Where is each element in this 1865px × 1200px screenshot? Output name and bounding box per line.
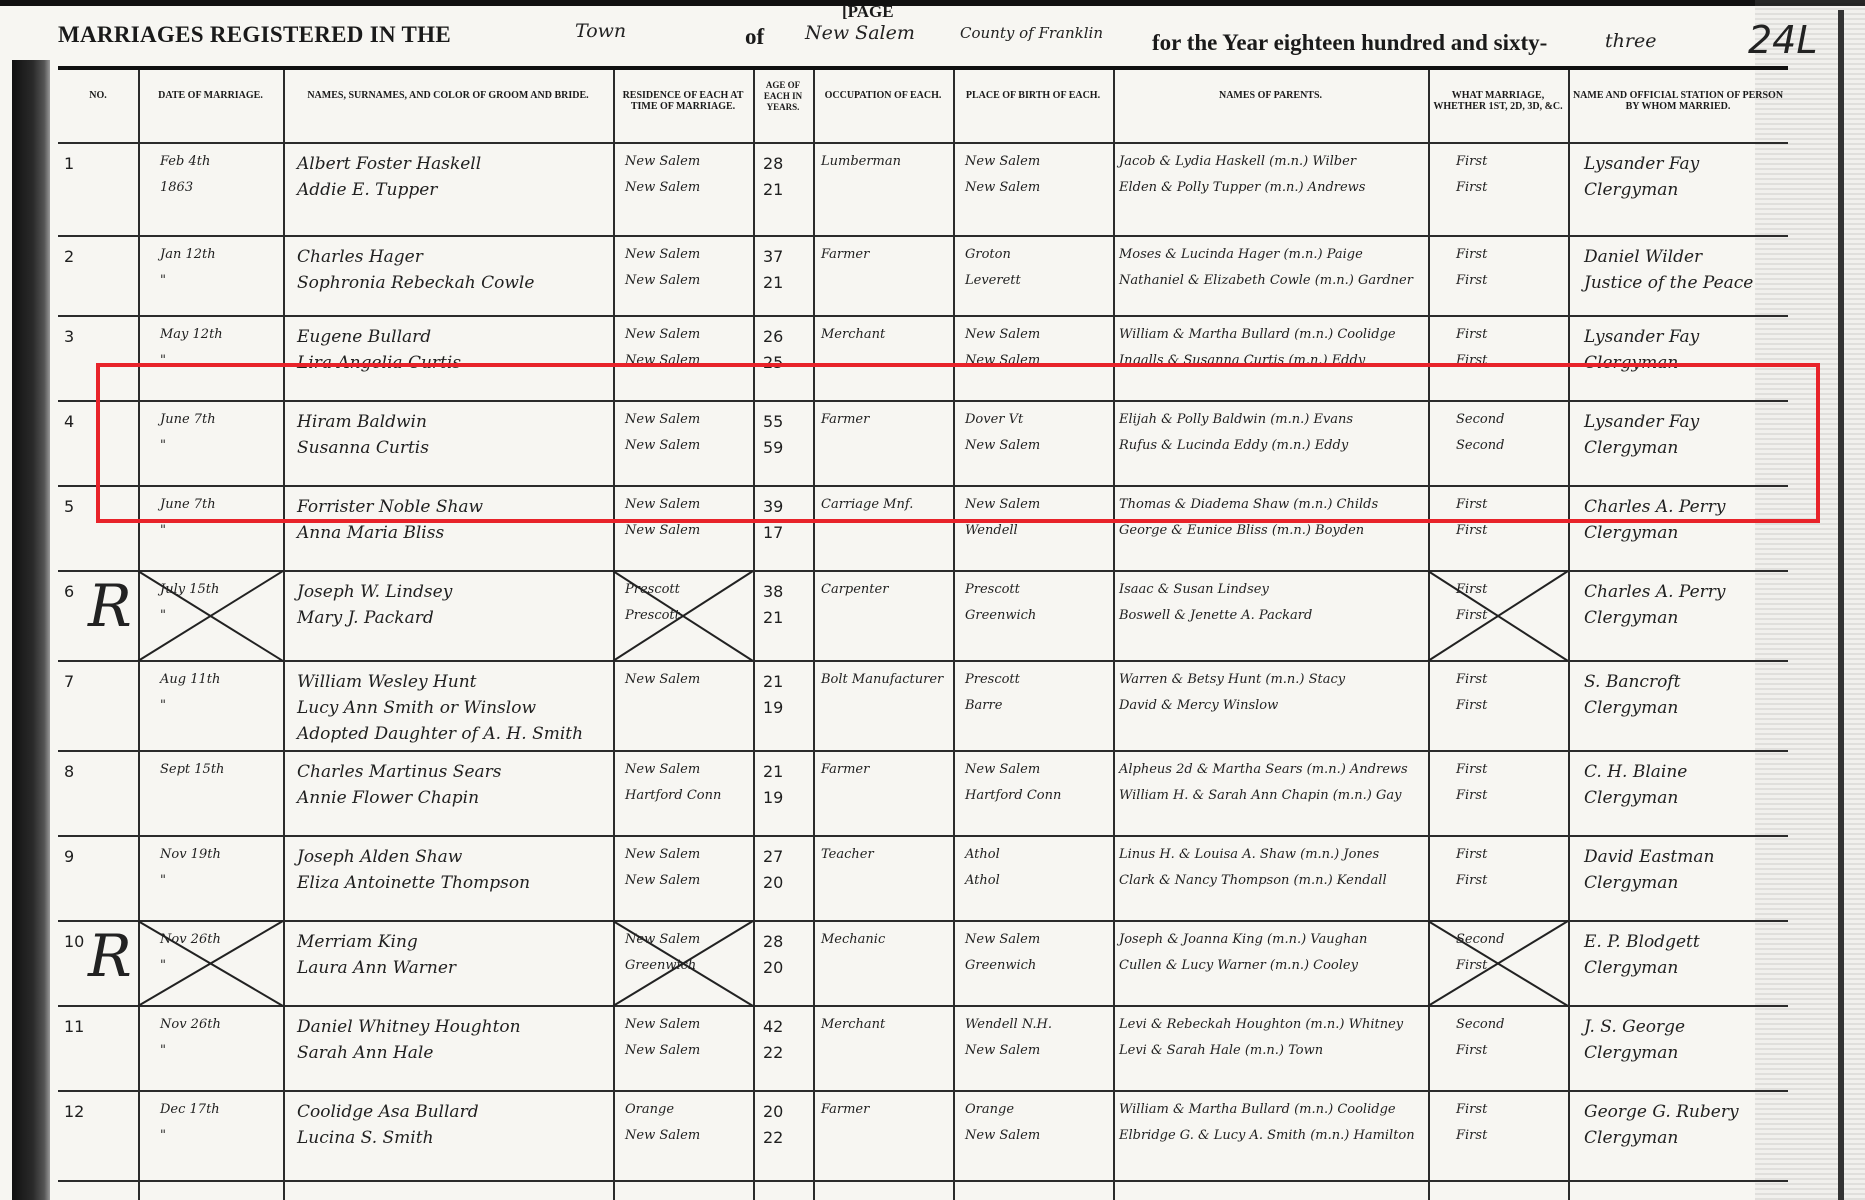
entry-names: Lucina S. Smith <box>297 1128 434 1148</box>
column-header: OCCUPATION OF EACH. <box>813 90 953 101</box>
entry-names: Albert Foster Haskell <box>297 154 481 174</box>
entry-officiant: Clergyman <box>1584 788 1678 808</box>
town-type: Town <box>575 20 626 42</box>
row-divider <box>58 1005 1788 1007</box>
entry-birthplace: Greenwich <box>965 958 1036 973</box>
entry-residence: Hartford Conn <box>625 788 721 803</box>
entry-ages: 22 <box>763 1043 783 1062</box>
entry-occupation: Lumberman <box>821 154 901 169</box>
entry-names: Anna Maria Bliss <box>297 523 444 543</box>
entry-birthplace: Leverett <box>965 273 1021 288</box>
entry-ages: 22 <box>763 1128 783 1147</box>
entry-number: 9 <box>64 847 74 866</box>
row-divider <box>58 750 1788 752</box>
column-divider <box>283 70 285 1200</box>
entry-parents: Isaac & Susan Lindsey <box>1119 582 1269 597</box>
page-number: 24L <box>1748 18 1818 62</box>
column-header: PLACE OF BIRTH OF EACH. <box>953 90 1113 101</box>
entry-residence: New Salem <box>625 873 700 888</box>
entry-officiant: E. P. Blodgett <box>1584 932 1700 952</box>
entry-number: 3 <box>64 327 74 346</box>
entry-ages: 17 <box>763 523 783 542</box>
column-header: NAMES OF PARENTS. <box>1113 90 1428 101</box>
entry-residence: New Salem <box>625 762 700 777</box>
entry-officiant: C. H. Blaine <box>1584 762 1687 782</box>
entry-residence: New Salem <box>625 180 700 195</box>
entry-parents: Warren & Betsy Hunt (m.n.) Stacy <box>1119 672 1345 687</box>
marriage-register-table: NO.DATE OF MARRIAGE.NAMES, SURNAMES, AND… <box>58 70 1788 1200</box>
entry-parents: Cullen & Lucy Warner (m.n.) Cooley <box>1119 958 1358 973</box>
column-header: NAMES, SURNAMES, AND COLOR OF GROOM AND … <box>283 90 613 101</box>
town-name: New Salem <box>805 22 915 44</box>
entry-names: William Wesley Hunt <box>297 672 477 692</box>
entry-residence: New Salem <box>625 1043 700 1058</box>
entry-names: Mary J. Packard <box>297 608 434 628</box>
entry-marriage: First <box>1456 154 1487 169</box>
entry-occupation: Merchant <box>821 1017 885 1032</box>
entry-residence: New Salem <box>625 247 700 262</box>
entry-occupation: Farmer <box>821 762 869 777</box>
entry-date: " <box>160 958 166 973</box>
entry-marriage: First <box>1456 1102 1487 1117</box>
entry-number: 7 <box>64 672 74 691</box>
entry-residence: Orange <box>625 1102 674 1117</box>
entry-parents: Moses & Lucinda Hager (m.n.) Paige <box>1119 247 1363 262</box>
entry-marriage: First <box>1456 327 1487 342</box>
entry-residence: New Salem <box>625 1128 700 1143</box>
entry-marriage: First <box>1456 582 1487 597</box>
entry-date: Feb 4th <box>160 154 210 169</box>
entry-parents: William & Martha Bullard (m.n.) Coolidge <box>1119 1102 1396 1117</box>
entry-marriage: Second <box>1456 1017 1504 1032</box>
entry-parents: William H. & Sarah Ann Chapin (m.n.) Gay <box>1119 788 1401 803</box>
column-divider <box>1113 70 1115 1200</box>
entry-ages: 19 <box>763 698 783 717</box>
entry-birthplace: Athol <box>965 847 1000 862</box>
entry-birthplace: Wendell N.H. <box>965 1017 1052 1032</box>
entry-names: Eugene Bullard <box>297 327 431 347</box>
entry-birthplace: Hartford Conn <box>965 788 1061 803</box>
entry-ages: 20 <box>763 1102 783 1121</box>
entry-date: Nov 19th <box>160 847 221 862</box>
entry-marriage: First <box>1456 672 1487 687</box>
entry-marriage: Second <box>1456 932 1504 947</box>
entry-marriage: First <box>1456 180 1487 195</box>
entry-officiant: David Eastman <box>1584 847 1714 867</box>
entry-officiant: Lysander Fay <box>1584 327 1699 347</box>
entry-birthplace: New Salem <box>965 180 1040 195</box>
entry-birthplace: New Salem <box>965 1043 1040 1058</box>
entry-ages: 42 <box>763 1017 783 1036</box>
entry-names: Lucy Ann Smith or Winslow <box>297 698 536 718</box>
row-divider <box>58 1180 1788 1182</box>
entry-occupation: Bolt Manufacturer <box>821 672 943 687</box>
entry-date: 1863 <box>160 180 193 195</box>
entry-date: Aug 11th <box>160 672 220 687</box>
entry-ages: 19 <box>763 788 783 807</box>
entry-birthplace: Athol <box>965 873 1000 888</box>
of-label: of <box>745 24 764 50</box>
entry-marriage: First <box>1456 698 1487 713</box>
entry-number: 10 <box>64 932 84 951</box>
row-divider <box>58 920 1788 922</box>
column-header: DATE OF MARRIAGE. <box>138 90 283 101</box>
entry-names: Merriam King <box>297 932 418 952</box>
entry-date: Jan 12th <box>160 247 216 262</box>
entry-names: Annie Flower Chapin <box>297 788 479 808</box>
entry-parents: Jacob & Lydia Haskell (m.n.) Wilber <box>1119 154 1356 169</box>
entry-number: 6 <box>64 582 74 601</box>
entry-marriage: First <box>1456 1043 1487 1058</box>
entry-names: Sarah Ann Hale <box>297 1043 433 1063</box>
entry-parents: Boswell & Jenette A. Packard <box>1119 608 1312 623</box>
entry-number: 11 <box>64 1017 84 1036</box>
page-right-border <box>1838 10 1844 1200</box>
entry-date: " <box>160 873 166 888</box>
entry-ages: 37 <box>763 247 783 266</box>
entry-ages: 21 <box>763 672 783 691</box>
entry-ages: 21 <box>763 762 783 781</box>
entry-ages: 21 <box>763 180 783 199</box>
entry-names: Charles Martinus Sears <box>297 762 502 782</box>
column-divider <box>813 70 815 1200</box>
entry-officiant: Clergyman <box>1584 608 1678 628</box>
entry-officiant: Charles A. Perry <box>1584 582 1726 602</box>
entry-ages: 28 <box>763 932 783 951</box>
year-printed: for the Year eighteen hundred and sixty- <box>1152 30 1547 56</box>
entry-parents: Levi & Rebeckah Houghton (m.n.) Whitney <box>1119 1017 1403 1032</box>
entry-marriage: First <box>1456 788 1487 803</box>
book-binding-shadow <box>12 60 50 1200</box>
entry-names: Eliza Antoinette Thompson <box>297 873 530 893</box>
entry-birthplace: New Salem <box>965 154 1040 169</box>
column-divider <box>953 70 955 1200</box>
entry-birthplace: Groton <box>965 247 1011 262</box>
county-name: County of Franklin <box>960 24 1103 42</box>
entry-names: Joseph Alden Shaw <box>297 847 462 867</box>
entry-residence: New Salem <box>625 523 700 538</box>
entry-marriage: First <box>1456 273 1487 288</box>
entry-number: 12 <box>64 1102 84 1121</box>
entry-parents: Clark & Nancy Thompson (m.n.) Kendall <box>1119 873 1387 888</box>
row-divider <box>58 570 1788 572</box>
entry-number: 2 <box>64 247 74 266</box>
entry-occupation: Farmer <box>821 1102 869 1117</box>
page-label: [PAGE <box>842 2 894 22</box>
entry-residence: New Salem <box>625 847 700 862</box>
entry-birthplace: Wendell <box>965 523 1018 538</box>
entry-marriage: First <box>1456 608 1487 623</box>
entry-occupation: Mechanic <box>821 932 885 947</box>
entry-names: Coolidge Asa Bullard <box>297 1102 479 1122</box>
entry-occupation: Farmer <box>821 247 869 262</box>
row-divider <box>58 315 1788 317</box>
header-bottom-rule <box>58 142 1788 144</box>
entry-officiant: Clergyman <box>1584 698 1678 718</box>
entry-officiant: Lysander Fay <box>1584 154 1699 174</box>
entry-date: Nov 26th <box>160 1017 221 1032</box>
entry-parents: Linus H. & Louisa A. Shaw (m.n.) Jones <box>1119 847 1379 862</box>
entry-officiant: Clergyman <box>1584 958 1678 978</box>
entry-marriage: First <box>1456 1128 1487 1143</box>
margin-annotation: R <box>88 922 132 990</box>
register-title: MARRIAGES REGISTERED IN THE <box>58 22 451 48</box>
entry-ages: 21 <box>763 273 783 292</box>
entry-parents: Levi & Sarah Hale (m.n.) Town <box>1119 1043 1323 1058</box>
entry-officiant: Clergyman <box>1584 1128 1678 1148</box>
column-divider <box>1428 70 1430 1200</box>
scan-top-edge <box>0 0 1865 6</box>
row-divider <box>58 235 1788 237</box>
column-divider <box>753 70 755 1200</box>
entry-parents: Alpheus 2d & Martha Sears (m.n.) Andrews <box>1119 762 1408 777</box>
entry-parents: Elbridge G. & Lucy A. Smith (m.n.) Hamil… <box>1119 1128 1415 1143</box>
entry-residence: New Salem <box>625 1017 700 1032</box>
margin-annotation: R <box>88 572 132 640</box>
entry-residence: New Salem <box>625 273 700 288</box>
entry-number: 1 <box>64 154 74 173</box>
entry-marriage: First <box>1456 762 1487 777</box>
entry-date: " <box>160 523 166 538</box>
entry-names: Sophronia Rebeckah Cowle <box>297 273 534 293</box>
entry-marriage: First <box>1456 847 1487 862</box>
row-divider <box>58 660 1788 662</box>
entry-date: " <box>160 1043 166 1058</box>
entry-residence: New Salem <box>625 154 700 169</box>
row-divider <box>58 1090 1788 1092</box>
column-divider <box>613 70 615 1200</box>
entry-officiant: Justice of the Peace <box>1584 273 1753 293</box>
entry-birthplace: New Salem <box>965 1128 1040 1143</box>
entry-date: " <box>160 273 166 288</box>
highlight-box <box>96 363 1820 523</box>
entry-ages: 27 <box>763 847 783 866</box>
column-header: NO. <box>58 90 138 101</box>
year-handwritten: three <box>1605 30 1656 52</box>
entry-parents: George & Eunice Bliss (m.n.) Boyden <box>1119 523 1364 538</box>
entry-number: 5 <box>64 497 74 516</box>
entry-number: 8 <box>64 762 74 781</box>
entry-names: Adopted Daughter of A. H. Smith <box>297 724 583 744</box>
entry-date: Sept 15th <box>160 762 224 777</box>
column-header: AGE of Each in Years. <box>753 80 813 113</box>
entry-birthplace: Prescott <box>965 582 1020 597</box>
entry-ages: 28 <box>763 154 783 173</box>
entry-names: Laura Ann Warner <box>297 958 456 978</box>
entry-ages: 21 <box>763 608 783 627</box>
entry-residence: New Salem <box>625 327 700 342</box>
column-divider <box>1568 70 1570 1200</box>
entry-date: " <box>160 1128 166 1143</box>
entry-names: Daniel Whitney Houghton <box>297 1017 521 1037</box>
entry-officiant: Clergyman <box>1584 873 1678 893</box>
entry-officiant: S. Bancroft <box>1584 672 1680 692</box>
entry-parents: Joseph & Joanna King (m.n.) Vaughan <box>1119 932 1367 947</box>
entry-marriage: First <box>1456 523 1487 538</box>
entry-birthplace: New Salem <box>965 327 1040 342</box>
entry-parents: Elden & Polly Tupper (m.n.) Andrews <box>1119 180 1365 195</box>
entry-names: Charles Hager <box>297 247 423 267</box>
entry-names: Joseph W. Lindsey <box>297 582 452 602</box>
entry-parents: William & Martha Bullard (m.n.) Coolidge <box>1119 327 1396 342</box>
entry-officiant: J. S. George <box>1584 1017 1685 1037</box>
entry-date: Dec 17th <box>160 1102 220 1117</box>
entry-officiant: Clergyman <box>1584 1043 1678 1063</box>
entry-birthplace: New Salem <box>965 932 1040 947</box>
entry-marriage: First <box>1456 247 1487 262</box>
entry-occupation: Carpenter <box>821 582 888 597</box>
entry-officiant: Clergyman <box>1584 180 1678 200</box>
entry-ages: 38 <box>763 582 783 601</box>
entry-birthplace: New Salem <box>965 762 1040 777</box>
entry-ages: 26 <box>763 327 783 346</box>
register-page: [PAGE MARRIAGES REGISTERED IN THE Town o… <box>0 0 1865 1200</box>
entry-birthplace: Prescott <box>965 672 1020 687</box>
entry-birthplace: Orange <box>965 1102 1014 1117</box>
entry-birthplace: Barre <box>965 698 1002 713</box>
entry-date: " <box>160 608 166 623</box>
entry-date: May 12th <box>160 327 223 342</box>
column-header: WHAT MARRIAGE, Whether 1st, 2d, 3d, &c. <box>1428 90 1568 112</box>
entry-parents: Nathaniel & Elizabeth Cowle (m.n.) Gardn… <box>1119 273 1413 288</box>
entry-occupation: Teacher <box>821 847 874 862</box>
entry-birthplace: Greenwich <box>965 608 1036 623</box>
entry-names: Addie E. Tupper <box>297 180 437 200</box>
entry-parents: David & Mercy Winslow <box>1119 698 1278 713</box>
row-divider <box>58 835 1788 837</box>
entry-officiant: Daniel Wilder <box>1584 247 1702 267</box>
column-header: RESIDENCE OF EACH AT TIME OF MARRIAGE. <box>613 90 753 112</box>
entry-number: 4 <box>64 412 74 431</box>
entry-residence: New Salem <box>625 672 700 687</box>
entry-date: " <box>160 698 166 713</box>
entry-officiant: Clergyman <box>1584 523 1678 543</box>
column-header: NAME AND OFFICIAL STATION OF PERSON BY W… <box>1568 90 1788 112</box>
entry-ages: 20 <box>763 873 783 892</box>
column-divider <box>138 70 140 1200</box>
entry-ages: 20 <box>763 958 783 977</box>
entry-occupation: Merchant <box>821 327 885 342</box>
entry-marriage: First <box>1456 873 1487 888</box>
entry-officiant: George G. Rubery <box>1584 1102 1739 1122</box>
